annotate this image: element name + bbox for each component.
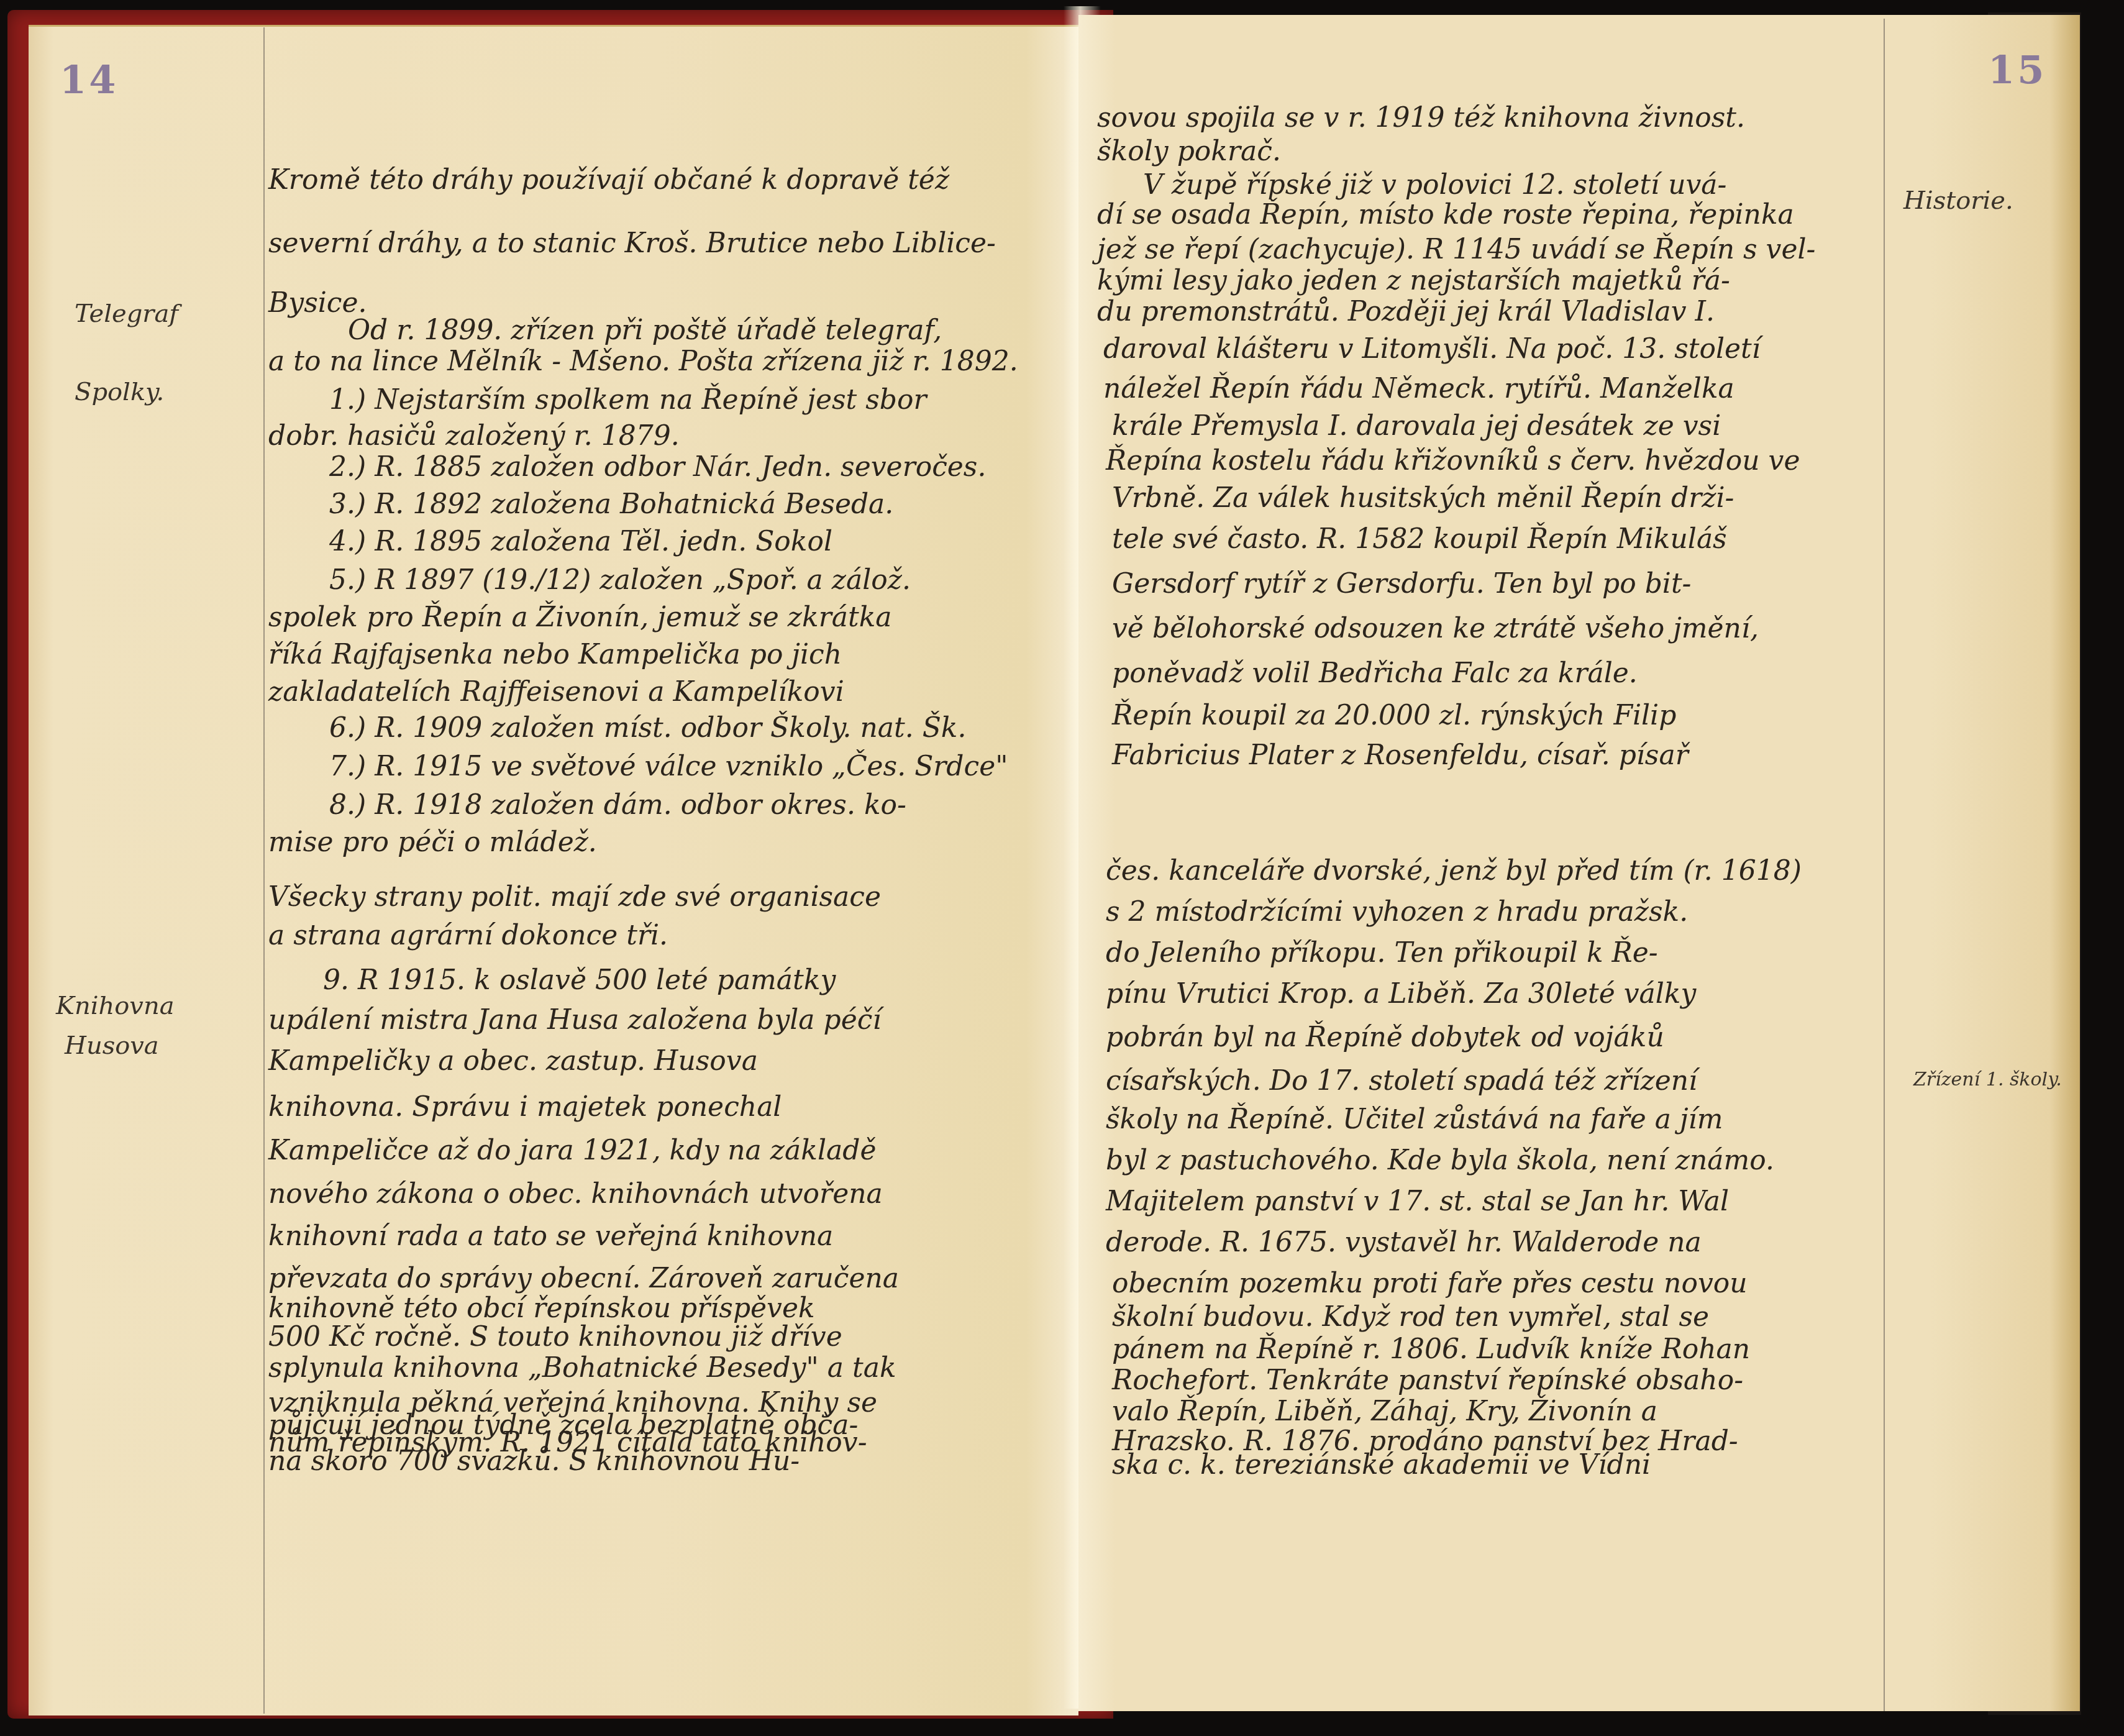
right-line-9: náležel Řepín řádu Německ. rytířů. Manže… — [1103, 375, 1734, 403]
right-line-17: Řepín koupil za 20.000 zl. rýnských Fili… — [1112, 702, 1676, 729]
right-line-3: V župě řípské již v polovici 12. století… — [1143, 171, 1726, 199]
right-page-margin-rule — [1884, 19, 1885, 1711]
left-line-5: a to na lince Mělník - Mšeno. Pošta zříz… — [268, 348, 1018, 375]
left-line-25: Kampeličce až do jara 1921, kdy na zákla… — [268, 1137, 876, 1164]
right-line-25: školy na Řepíně. Učitel zůstává na faře … — [1106, 1106, 1723, 1133]
right-line-32: Rochefort. Tenkráte panství řepínské obs… — [1112, 1367, 1743, 1394]
left-line-18: mise pro péči o mládež. — [268, 829, 597, 856]
left-line-14: zakladatelích Rajffeisenovi a Kampelíkov… — [268, 678, 844, 706]
right-line-8: daroval klášteru v Litomyšli. Na poč. 13… — [1103, 336, 1761, 363]
right-page-number: 15 — [1988, 47, 2046, 93]
right-line-6: kými lesy jako jeden z nejstarších majet… — [1097, 267, 1730, 295]
right-line-7: du premonstrátů. Později jej král Vladis… — [1097, 298, 1715, 326]
left-line-35: na skoro 700 svazků. S knihovnou Hu- — [268, 1448, 800, 1475]
left-line-10: 4.) R. 1895 založena Těl. jedn. Sokol — [329, 528, 832, 555]
right-line-23: pobrán byl na Řepíně dobytek od vojáků — [1106, 1024, 1664, 1051]
right-line-29: obecním pozemku proti faře přes cestu no… — [1112, 1270, 1748, 1297]
right-line-18: Fabricius Plater z Rosenfeldu, císař. pí… — [1112, 742, 1689, 769]
right-line-4: dí se osada Řepín, místo kde roste řepin… — [1097, 201, 1794, 229]
left-page-number: 14 — [60, 57, 118, 103]
margin-note-zrizeni-skoly: Zřízení 1. školy. — [1913, 1069, 2062, 1090]
left-line-12: spolek pro Řepín a Živonín, jemuž se zkr… — [268, 604, 892, 631]
margin-note-husova: Husova — [65, 1031, 159, 1060]
left-line-29: knihovně této obcí řepínskou příspěvek — [268, 1295, 815, 1322]
right-line-19: čes. kanceláře dvorské, jenž byl před tí… — [1106, 857, 1802, 885]
right-line-33: valo Řepín, Liběň, Záhaj, Kry, Živonín a — [1112, 1398, 1657, 1425]
left-line-19: Všecky strany polit. mají zde své organi… — [268, 884, 881, 911]
right-line-24: císařských. Do 17. století spadá též zří… — [1106, 1067, 1697, 1095]
left-line-17: 8.) R. 1918 založen dám. odbor okres. ko… — [329, 792, 906, 819]
left-line-7: dobr. hasičů založený r. 1879. — [268, 423, 680, 450]
left-line-6: 1.) Nejstarším spolkem na Řepíně jest sb… — [329, 386, 926, 414]
left-line-15: 6.) R. 1909 založen míst. odbor Školy. n… — [329, 715, 966, 742]
right-line-28: derode. R. 1675. vystavěl hr. Walderode … — [1106, 1229, 1702, 1256]
right-line-31: pánem na Řepíně r. 1806. Ludvík kníže Ro… — [1112, 1336, 1750, 1363]
left-line-20: a strana agrární dokonce tři. — [268, 922, 668, 949]
right-line-21: do Jeleního příkopu. Ten přikoupil k Ře- — [1106, 939, 1658, 967]
margin-note-spolky: Spolky. — [75, 378, 164, 406]
left-line-28: převzata do správy obecní. Zároveň zaruč… — [268, 1265, 899, 1292]
margin-note-knihovna: Knihovna — [56, 992, 175, 1020]
right-line-13: tele své často. R. 1582 koupil Řepín Mik… — [1112, 526, 1727, 553]
left-line-26: nového zákona o obec. knihovnách utvořen… — [268, 1181, 883, 1208]
right-line-10: krále Přemysla I. darovala jej desátek z… — [1112, 413, 1721, 440]
margin-note-telegraf: Telegraf — [75, 299, 178, 328]
right-line-12: Vrbně. Za válek husitských měnil Řepín d… — [1112, 485, 1734, 512]
left-line-9: 3.) R. 1892 založena Bohatnická Beseda. — [329, 491, 893, 518]
left-line-1: Kromě této dráhy používají občané k dopr… — [268, 167, 949, 194]
left-line-8: 2.) R. 1885 založen odbor Nár. Jedn. sev… — [329, 454, 986, 481]
right-line-35: ska c. k. tereziánské akademii ve Vídni — [1112, 1451, 1651, 1479]
left-line-22: upálení mistra Jana Husa založena byla p… — [268, 1007, 881, 1034]
left-line-3: Bysice. — [268, 290, 367, 317]
left-line-23: Kampeličky a obec. zastup. Husova — [268, 1048, 758, 1075]
right-line-15: vě bělohorské odsouzen ke ztrátě všeho j… — [1112, 615, 1759, 642]
right-line-22: pínu Vrutici Krop. a Liběň. Za 30leté vá… — [1106, 980, 1696, 1008]
margin-note-historie: Historie. — [1903, 186, 2013, 215]
left-line-13: říká Rajfajsenka nebo Kampelička po jich — [268, 641, 842, 669]
left-line-21: 9. R 1915. k oslavě 500 leté památky — [323, 967, 836, 994]
right-line-2: školy pokrač. — [1097, 138, 1281, 165]
right-line-5: jež se řepí (zachycuje). R 1145 uvádí se… — [1097, 236, 1815, 263]
right-line-20: s 2 místodržícími vyhozen z hradu pražsk… — [1106, 898, 1688, 926]
left-line-4: Od r. 1899. zřízen při poště úřadě teleg… — [348, 317, 942, 344]
right-line-26: byl z pastuchového. Kde byla škola, není… — [1106, 1147, 1774, 1174]
left-line-24: knihovna. Správu i majetek ponechal — [268, 1094, 782, 1121]
right-line-16: poněvadž volil Bedřicha Falc za krále. — [1112, 660, 1638, 687]
right-line-1: sovou spojila se v r. 1919 též knihovna … — [1097, 104, 1745, 132]
left-line-31: splynula knihovna „Bohatnické Besedy" a … — [268, 1355, 896, 1382]
left-page-margin-rule — [263, 27, 265, 1714]
right-line-27: Majitelem panství v 17. st. stal se Jan … — [1106, 1188, 1729, 1215]
left-line-2: severní dráhy, a to stanic Kroš. Brutice… — [268, 230, 996, 257]
left-line-16: 7.) R. 1915 ve světové válce vzniklo „Če… — [329, 753, 1008, 780]
right-line-11: Řepína kostelu řádu křižovníků s červ. h… — [1106, 447, 1800, 475]
left-line-30: 500 Kč ročně. S touto knihovnou již dřív… — [268, 1323, 842, 1351]
left-line-27: knihovní rada a tato se veřejná knihovna — [268, 1223, 833, 1250]
right-line-30: školní budovu. Když rod ten vymřel, stal… — [1112, 1304, 1709, 1331]
right-line-14: Gersdorf rytíř z Gersdorfu. Ten byl po b… — [1112, 570, 1692, 598]
left-line-11: 5.) R 1897 (19./12) založen „Spoř. a zál… — [329, 567, 911, 594]
